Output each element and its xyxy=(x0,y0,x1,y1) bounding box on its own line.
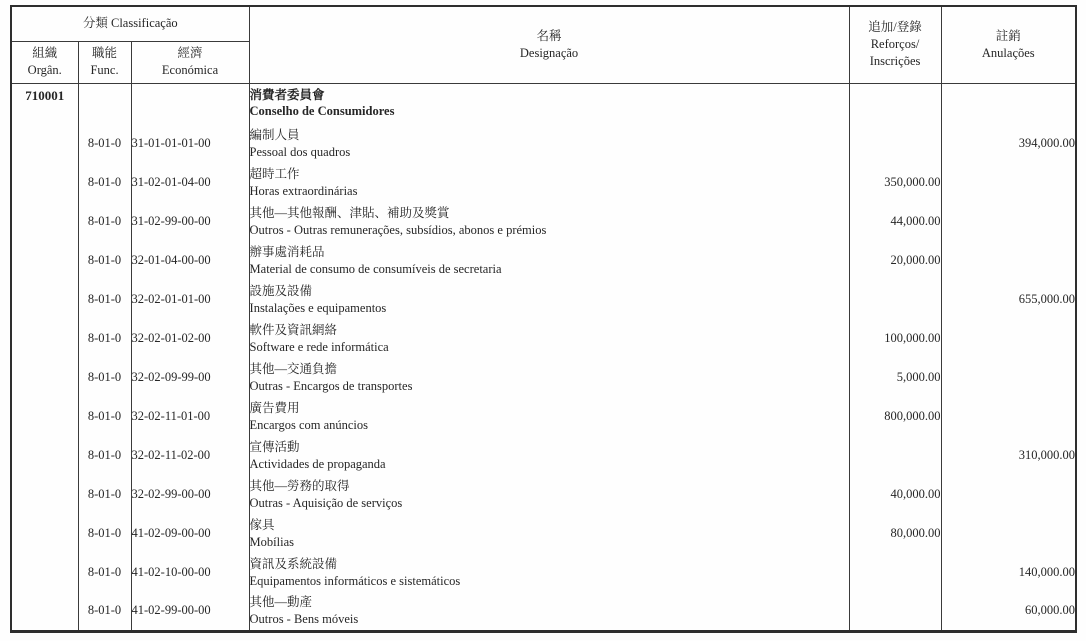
designation-chinese: 宣傳活動 xyxy=(250,439,849,456)
designation-portuguese: Outras - Aquisição de serviços xyxy=(250,495,849,512)
cell-designation: 傢具 Mobílias xyxy=(249,514,849,553)
cell-functional-code: 8-01-0 xyxy=(78,280,131,319)
cell-functional-code: 8-01-0 xyxy=(78,397,131,436)
table-row: 8-01-0 32-02-09-99-00 其他—交通負擔 Outras - E… xyxy=(11,358,1076,397)
cell-designation: 其他—動產 Outros - Bens móveis xyxy=(249,592,849,631)
designation-portuguese: Outras - Encargos de transportes xyxy=(250,378,849,395)
cell-anulacoes-amount: 140,000.00 xyxy=(941,553,1076,592)
cell-reforcos-amount: 350,000.00 xyxy=(849,163,941,202)
designation-chinese: 其他—勞務的取得 xyxy=(250,478,849,495)
cell-functional-code: 8-01-0 xyxy=(78,436,131,475)
cell-organ-code xyxy=(11,280,78,319)
table-row: 8-01-0 31-02-01-04-00 超時工作 Horas extraor… xyxy=(11,163,1076,202)
cell-designation: 編制人員 Pessoal dos quadros xyxy=(249,124,849,163)
designation-portuguese: Encargos com anúncios xyxy=(250,417,849,434)
cell-organ-code xyxy=(11,202,78,241)
header-organ: 組織 Orgân. xyxy=(11,41,78,83)
cell-organ-code xyxy=(11,397,78,436)
cell-anulacoes-amount xyxy=(941,241,1076,280)
cell-reforcos-amount xyxy=(849,436,941,475)
designation-chinese: 辦事處消耗品 xyxy=(250,244,849,261)
cell-anulacoes-amount: 310,000.00 xyxy=(941,436,1076,475)
cell-economic-code: 32-02-11-01-00 xyxy=(131,397,249,436)
table-body: 710001 消費者委員會 Conselho de Consumidores 8… xyxy=(11,83,1076,631)
cell-reforcos-amount xyxy=(849,124,941,163)
cell-designation: 其他—其他報酬、津貼、補助及獎賞 Outros - Outras remuner… xyxy=(249,202,849,241)
cell-economic-code xyxy=(131,83,249,124)
designation-portuguese: Equipamentos informáticos e sistemáticos xyxy=(250,573,849,590)
cell-organ-code xyxy=(11,475,78,514)
cell-reforcos-amount: 80,000.00 xyxy=(849,514,941,553)
cell-economic-code: 32-02-01-01-00 xyxy=(131,280,249,319)
table-row: 8-01-0 32-02-01-02-00 軟件及資訊網絡 Software e… xyxy=(11,319,1076,358)
cell-anulacoes-amount xyxy=(941,319,1076,358)
designation-chinese: 其他—其他報酬、津貼、補助及獎賞 xyxy=(250,205,849,222)
designation-chinese: 編制人員 xyxy=(250,127,849,144)
designation-chinese: 廣告費用 xyxy=(250,400,849,417)
cell-functional-code: 8-01-0 xyxy=(78,202,131,241)
table-row: 8-01-0 41-02-09-00-00 傢具 Mobílias 80,000… xyxy=(11,514,1076,553)
cell-reforcos-amount: 800,000.00 xyxy=(849,397,941,436)
table-row: 8-01-0 32-02-01-01-00 設施及設備 Instalações … xyxy=(11,280,1076,319)
cell-reforcos-amount xyxy=(849,553,941,592)
cell-designation: 資訊及系統設備 Equipamentos informáticos e sist… xyxy=(249,553,849,592)
table-row: 8-01-0 32-02-99-00-00 其他—勞務的取得 Outras - … xyxy=(11,475,1076,514)
table-row: 8-01-0 41-02-99-00-00 其他—動產 Outros - Ben… xyxy=(11,592,1076,631)
cell-economic-code: 32-02-01-02-00 xyxy=(131,319,249,358)
cell-anulacoes-amount xyxy=(941,163,1076,202)
header-func: 職能 Func. xyxy=(78,41,131,83)
header-anulacoes: 註銷 Anulações xyxy=(941,6,1076,83)
cell-reforcos-amount: 100,000.00 xyxy=(849,319,941,358)
designation-portuguese: Mobílias xyxy=(250,534,849,551)
cell-anulacoes-amount xyxy=(941,202,1076,241)
cell-designation: 辦事處消耗品 Material de consumo de consumívei… xyxy=(249,241,849,280)
cell-functional-code: 8-01-0 xyxy=(78,124,131,163)
cell-economic-code: 31-01-01-01-00 xyxy=(131,124,249,163)
designation-portuguese: Material de consumo de consumíveis de se… xyxy=(250,261,849,278)
cell-economic-code: 41-02-10-00-00 xyxy=(131,553,249,592)
designation-chinese: 其他—動產 xyxy=(250,594,849,611)
cell-designation: 宣傳活動 Actividades de propaganda xyxy=(249,436,849,475)
cell-anulacoes-amount xyxy=(941,514,1076,553)
cell-anulacoes-amount xyxy=(941,397,1076,436)
cell-economic-code: 31-02-99-00-00 xyxy=(131,202,249,241)
cell-organ-code xyxy=(11,436,78,475)
designation-portuguese: Conselho de Consumidores xyxy=(250,103,849,120)
cell-economic-code: 32-02-11-02-00 xyxy=(131,436,249,475)
cell-organ-code xyxy=(11,592,78,631)
cell-anulacoes-amount xyxy=(941,475,1076,514)
cell-designation: 超時工作 Horas extraordinárias xyxy=(249,163,849,202)
cell-functional-code: 8-01-0 xyxy=(78,241,131,280)
cell-functional-code: 8-01-0 xyxy=(78,319,131,358)
table-row: 8-01-0 31-02-99-00-00 其他—其他報酬、津貼、補助及獎賞 O… xyxy=(11,202,1076,241)
cell-organ-code xyxy=(11,514,78,553)
cell-functional-code: 8-01-0 xyxy=(78,553,131,592)
cell-designation: 設施及設備 Instalações e equipamentos xyxy=(249,280,849,319)
table-header: 分類 Classificação 名稱 Designação 追加/登錄 Ref… xyxy=(11,6,1076,83)
cell-economic-code: 32-02-09-99-00 xyxy=(131,358,249,397)
cell-organ-code xyxy=(11,163,78,202)
cell-functional-code: 8-01-0 xyxy=(78,592,131,631)
designation-chinese: 軟件及資訊網絡 xyxy=(250,322,849,339)
designation-portuguese: Outros - Bens móveis xyxy=(250,611,849,628)
designation-chinese: 設施及設備 xyxy=(250,283,849,300)
cell-functional-code: 8-01-0 xyxy=(78,163,131,202)
designation-portuguese: Software e rede informática xyxy=(250,339,849,356)
table-row: 8-01-0 31-01-01-01-00 編制人員 Pessoal dos q… xyxy=(11,124,1076,163)
header-designacao: 名稱 Designação xyxy=(249,6,849,83)
designation-chinese: 資訊及系統設備 xyxy=(250,556,849,573)
cell-organ-code xyxy=(11,319,78,358)
cell-anulacoes-amount: 394,000.00 xyxy=(941,124,1076,163)
cell-organ-code xyxy=(11,241,78,280)
designation-chinese: 其他—交通負擔 xyxy=(250,361,849,378)
table-row: 8-01-0 32-02-11-01-00 廣告費用 Encargos com … xyxy=(11,397,1076,436)
designation-portuguese: Horas extraordinárias xyxy=(250,183,849,200)
table-row: 710001 消費者委員會 Conselho de Consumidores xyxy=(11,83,1076,124)
cell-reforcos-amount xyxy=(849,280,941,319)
cell-functional-code: 8-01-0 xyxy=(78,475,131,514)
cell-organ-code xyxy=(11,124,78,163)
header-classificacao: 分類 Classificação xyxy=(11,6,249,41)
cell-reforcos-amount xyxy=(849,592,941,631)
cell-designation: 消費者委員會 Conselho de Consumidores xyxy=(249,83,849,124)
cell-anulacoes-amount xyxy=(941,83,1076,124)
budget-table: 分類 Classificação 名稱 Designação 追加/登錄 Ref… xyxy=(10,5,1077,633)
cell-organ-code xyxy=(11,358,78,397)
cell-designation: 其他—交通負擔 Outras - Encargos de transportes xyxy=(249,358,849,397)
cell-functional-code xyxy=(78,83,131,124)
designation-portuguese: Pessoal dos quadros xyxy=(250,144,849,161)
cell-economic-code: 41-02-99-00-00 xyxy=(131,592,249,631)
cell-functional-code: 8-01-0 xyxy=(78,514,131,553)
table-row: 8-01-0 41-02-10-00-00 資訊及系統設備 Equipament… xyxy=(11,553,1076,592)
cell-economic-code: 31-02-01-04-00 xyxy=(131,163,249,202)
cell-economic-code: 32-02-99-00-00 xyxy=(131,475,249,514)
cell-designation: 廣告費用 Encargos com anúncios xyxy=(249,397,849,436)
cell-reforcos-amount xyxy=(849,83,941,124)
document-page: 分類 Classificação 名稱 Designação 追加/登錄 Ref… xyxy=(0,0,1086,641)
cell-anulacoes-amount: 655,000.00 xyxy=(941,280,1076,319)
cell-economic-code: 32-01-04-00-00 xyxy=(131,241,249,280)
designation-portuguese: Instalações e equipamentos xyxy=(250,300,849,317)
cell-reforcos-amount: 5,000.00 xyxy=(849,358,941,397)
header-economica: 經濟 Económica xyxy=(131,41,249,83)
designation-chinese: 傢具 xyxy=(250,517,849,534)
cell-designation: 軟件及資訊網絡 Software e rede informática xyxy=(249,319,849,358)
cell-reforcos-amount: 20,000.00 xyxy=(849,241,941,280)
designation-portuguese: Outros - Outras remunerações, subsídios,… xyxy=(250,222,849,239)
cell-reforcos-amount: 44,000.00 xyxy=(849,202,941,241)
cell-reforcos-amount: 40,000.00 xyxy=(849,475,941,514)
cell-anulacoes-amount: 60,000.00 xyxy=(941,592,1076,631)
designation-chinese: 消費者委員會 xyxy=(250,87,849,104)
cell-economic-code: 41-02-09-00-00 xyxy=(131,514,249,553)
table-row: 8-01-0 32-01-04-00-00 辦事處消耗品 Material de… xyxy=(11,241,1076,280)
cell-organ-code xyxy=(11,553,78,592)
cell-designation: 其他—勞務的取得 Outras - Aquisição de serviços xyxy=(249,475,849,514)
header-reforcos: 追加/登錄 Reforços/ Inscrições xyxy=(849,6,941,83)
table-row: 8-01-0 32-02-11-02-00 宣傳活動 Actividades d… xyxy=(11,436,1076,475)
designation-chinese: 超時工作 xyxy=(250,166,849,183)
designation-portuguese: Actividades de propaganda xyxy=(250,456,849,473)
cell-functional-code: 8-01-0 xyxy=(78,358,131,397)
cell-organ-code: 710001 xyxy=(11,83,78,124)
cell-anulacoes-amount xyxy=(941,358,1076,397)
